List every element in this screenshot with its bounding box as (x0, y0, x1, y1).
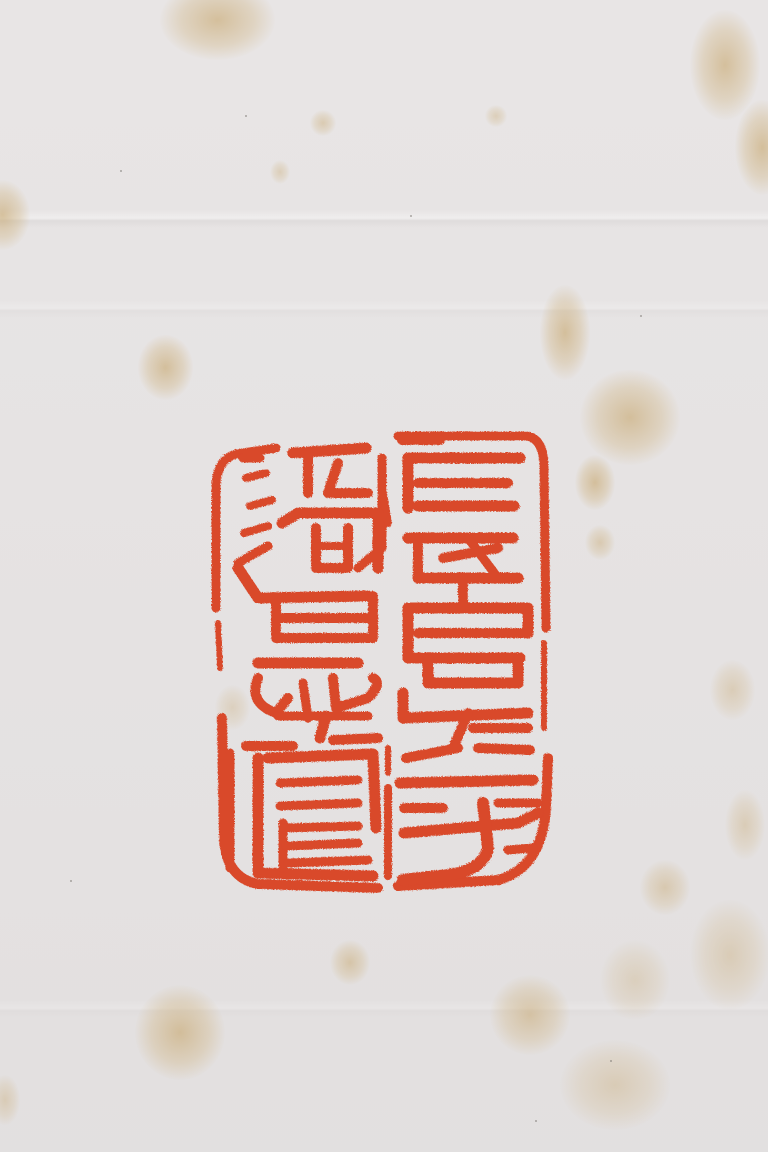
foxing-stain (585, 525, 615, 560)
paper-speck (70, 880, 72, 882)
paper-speck (410, 215, 412, 217)
paper-speck (120, 170, 122, 172)
foxing-stain (135, 985, 225, 1080)
foxing-stain (690, 10, 760, 120)
foxing-stain (640, 860, 690, 915)
foxing-stain (330, 940, 370, 985)
foxing-stain (490, 975, 570, 1055)
foxing-stain (160, 0, 275, 60)
paper-speck (610, 1060, 612, 1062)
foxing-stain (138, 335, 193, 400)
foxing-stain (575, 455, 615, 510)
foxing-stain (600, 940, 670, 1020)
foxing-stain (270, 160, 290, 184)
foxing-stain (485, 105, 507, 127)
foxing-stain (0, 1075, 20, 1125)
paper-speck (245, 115, 247, 117)
seal-impression: red-text (zhuwen) seal script (208, 428, 560, 900)
foxing-stain (580, 370, 680, 465)
foxing-stain (560, 1040, 670, 1130)
paper-speck (640, 315, 642, 317)
foxing-stain (310, 110, 336, 136)
foxing-stain (690, 900, 768, 1010)
foxing-stain (725, 790, 765, 860)
foxing-stain (540, 285, 590, 380)
foxing-stain (0, 180, 30, 250)
paper-fold-line (0, 300, 768, 318)
aged-paper-background: red-text (zhuwen) seal script (0, 0, 768, 1152)
foxing-stain (710, 660, 755, 720)
seal-glyphs (208, 428, 560, 900)
paper-fold-line (0, 210, 768, 228)
paper-speck (535, 1120, 537, 1122)
